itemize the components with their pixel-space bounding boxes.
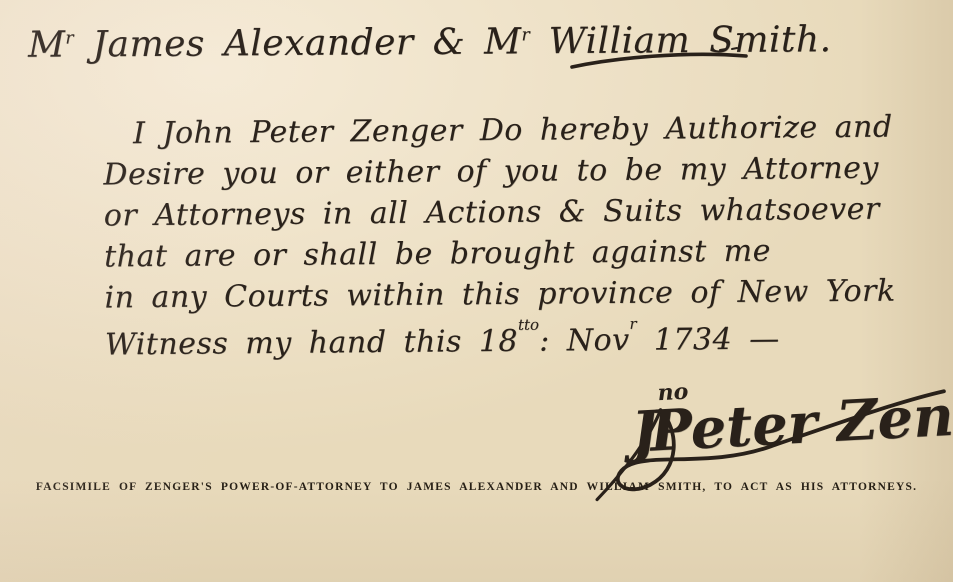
underline-flourish (570, 46, 750, 72)
body-line-5: in any Courts within this province of Ne… (104, 271, 895, 319)
document-page: Mr James Alexander & Mr William Smith. I… (0, 0, 953, 582)
body-line-1: I John Peter Zenger Do hereby Authorize … (103, 107, 894, 155)
dateline-text: : Nov (539, 323, 630, 359)
dateline-text: Witness my hand this 18 (105, 324, 518, 363)
salutation-text: M (28, 25, 66, 66)
dateline: Witness my hand this 18tto: Novr 1734 — (105, 312, 896, 366)
salutation-superscript: r (521, 25, 529, 45)
dateline-superscript: r (629, 315, 636, 333)
body-line-3: or Attorneys in all Actions & Suits what… (104, 189, 895, 237)
salutation-text: James Alexander & M (74, 21, 522, 65)
caption: FACSIMILE OF ZENGER'S POWER-OF-ATTORNEY … (0, 481, 953, 493)
body-line-4: that are or shall be brought against me (104, 230, 895, 278)
dateline-text: 1734 — (637, 322, 780, 358)
document-body: I John Peter Zenger Do hereby Authorize … (103, 107, 896, 366)
salutation-superscript: r (65, 28, 73, 48)
body-line-2: Desire you or either of you to be my Att… (103, 148, 894, 196)
dateline-superscript: tto (518, 316, 539, 334)
